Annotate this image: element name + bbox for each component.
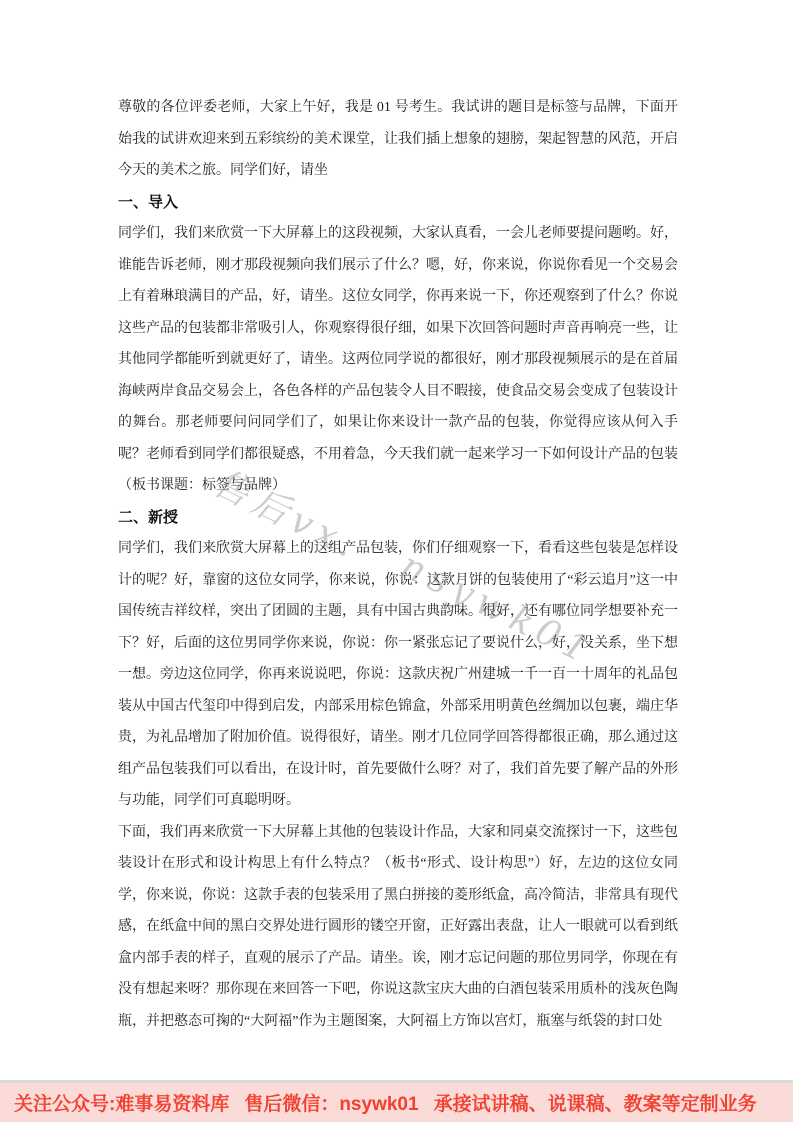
paragraph-intro: 同学们，我们来欣赏一下大屏幕上的这段视频，大家认真看，一会儿老师要提问题哟。好，…	[118, 218, 678, 502]
footer-wechat-contact: 售后微信：nsywk01	[244, 1089, 418, 1116]
document-body: 尊敬的各位评委老师，大家上午好，我是 01 号考生。我试讲的题目是标签与品牌，下…	[118, 92, 678, 1037]
section-heading-new-lesson: 二、新授	[118, 502, 678, 534]
paragraph-new-lesson-2: 下面，我们再来欣赏一下大屏幕上其他的包装设计作品，大家和同桌交流探讨一下，这些包…	[118, 817, 678, 1038]
footer-services: 承接试讲稿、说课稿、教案等定制业务	[434, 1089, 757, 1116]
paragraph-new-lesson-1: 同学们，我们来欣赏大屏幕上的这组产品包装，你们仔细观察一下，看看这些包装是怎样设…	[118, 533, 678, 817]
section-heading-intro: 一、导入	[118, 187, 678, 219]
footer-banner: 关注公众号:难事易资料库 售后微信：nsywk01 承接试讲稿、说课稿、教案等定…	[0, 1083, 793, 1122]
document-page: 尊敬的各位评委老师，大家上午好，我是 01 号考生。我试讲的题目是标签与品牌，下…	[0, 0, 793, 1122]
footer-public-account: 关注公众号:难事易资料库	[14, 1089, 229, 1116]
paragraph-opening: 尊敬的各位评委老师，大家上午好，我是 01 号考生。我试讲的题目是标签与品牌，下…	[118, 92, 678, 187]
